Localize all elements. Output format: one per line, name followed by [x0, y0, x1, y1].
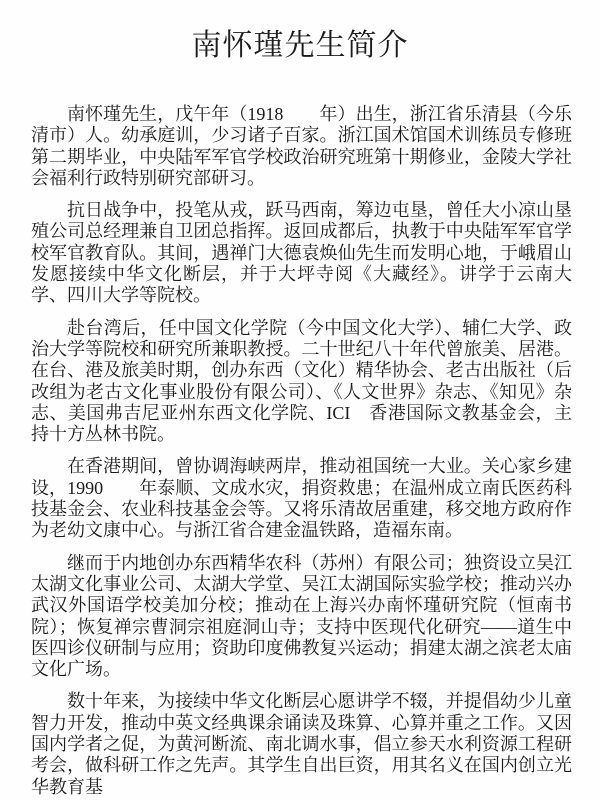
document-title: 南怀瑾先生简介 [0, 26, 600, 65]
document-page: 南怀瑾先生简介 南怀瑾先生，戊午年（1918 年）出生，浙江省乐清县（今乐清市）… [0, 0, 600, 800]
document-body: 南怀瑾先生，戊午年（1918 年）出生，浙江省乐清县（今乐清市）人。幼承庭训，少… [31, 104, 572, 798]
paragraph-taiwan-years: 赴台湾后，任中国文化学院（今中国文化大学）、辅仁大学、政治大学等院校和研究所兼职… [31, 318, 572, 446]
paragraph-later-decades: 数十年来，为接续中华文化断层心愿讲学不辍，并提倡幼少儿童智力开发，推动中英文经典… [31, 691, 572, 797]
paragraph-hongkong-years: 在香港期间，曾协调海峡两岸，推动祖国统一大业。关心家乡建设，1990 年泰顺、文… [31, 456, 572, 541]
paragraph-war-years: 抗日战争中，投笔从戎，跃马西南，筹边屯垦，曾任大小凉山垦殖公司总经理兼自卫团总指… [31, 200, 572, 306]
paragraph-mainland-projects: 继而于内地创办东西精华农科（苏州）有限公司；独资设立吴江太湖文化事业公司、太湖大… [31, 553, 572, 681]
paragraph-bio-birth: 南怀瑾先生，戊午年（1918 年）出生，浙江省乐清县（今乐清市）人。幼承庭训，少… [31, 104, 572, 189]
